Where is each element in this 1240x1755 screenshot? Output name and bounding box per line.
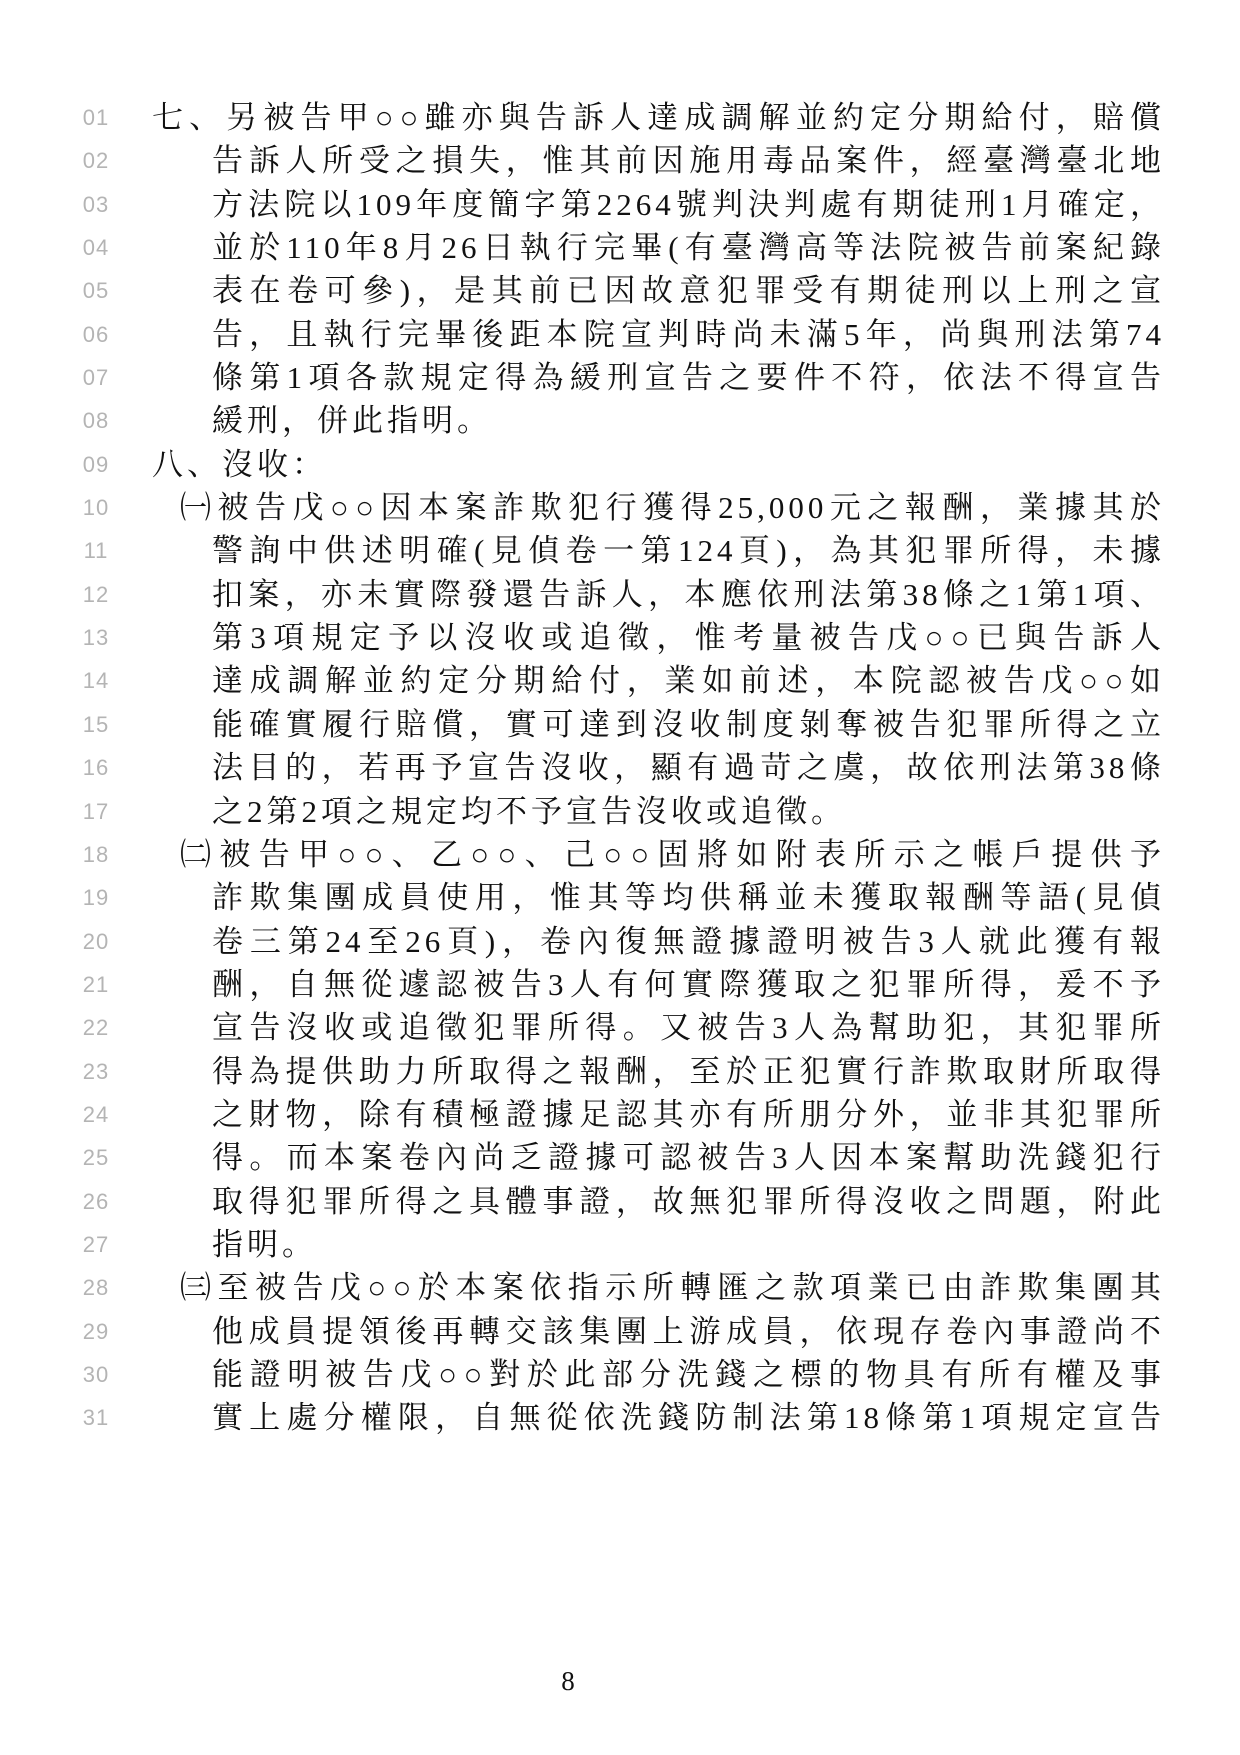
document-line: 21 酬，自無從遽認被告3人有何實際獲取之犯罪所得，爰不予 bbox=[0, 963, 1240, 1006]
line-text-block: 扣案，亦未實際發還告訴人，本應依刑法第38條之1第1項、 bbox=[212, 573, 1165, 616]
line-text-block: 並於110年8月26日執行完畢(有臺灣高等法院被告前案紀錄 bbox=[212, 226, 1165, 269]
line-number: 18 bbox=[76, 833, 116, 876]
line-number: 14 bbox=[76, 659, 116, 702]
document-line: 20 卷三第24至26頁)，卷內復無證據證明被告3人就此獲有報 bbox=[0, 920, 1240, 963]
line-number: 01 bbox=[76, 96, 116, 139]
line-number: 07 bbox=[76, 356, 116, 399]
line-number: 02 bbox=[76, 139, 116, 182]
line-number: 30 bbox=[76, 1353, 116, 1396]
line-text: 詐欺集團成員使用，惟其等均供稱並未獲取報酬等語(見偵 bbox=[212, 880, 1165, 915]
line-number: 06 bbox=[76, 313, 116, 356]
line-number: 09 bbox=[76, 443, 116, 486]
line-number: 29 bbox=[76, 1310, 116, 1353]
line-text: 至被告戊○○於本案依指示所轉匯之款項業已由詐欺集團其 bbox=[217, 1270, 1165, 1305]
document-line: 27 指明。 bbox=[0, 1223, 1240, 1266]
line-number: 05 bbox=[76, 269, 116, 312]
document-line: 30 能證明被告戊○○對於此部分洗錢之標的物具有所有權及事 bbox=[0, 1353, 1240, 1396]
line-number: 28 bbox=[76, 1266, 116, 1309]
line-text: 能確實履行賠償，實可達到沒收制度剝奪被告犯罪所得之立 bbox=[212, 707, 1165, 742]
line-text: 條第1項各款規定得為緩刑宣告之要件不符，依法不得宣告 bbox=[212, 360, 1165, 395]
line-number: 13 bbox=[76, 616, 116, 659]
line-number: 20 bbox=[76, 920, 116, 963]
line-number: 22 bbox=[76, 1006, 116, 1049]
line-number: 26 bbox=[76, 1180, 116, 1223]
line-number: 17 bbox=[76, 790, 116, 833]
document-line: 26 取得犯罪所得之具體事證，故無犯罪所得沒收之問題，附此 bbox=[0, 1180, 1240, 1223]
document-line: 18 ㈡被告甲○○、乙○○、己○○固將如附表所示之帳戶提供予 bbox=[0, 833, 1240, 876]
line-text-block: 表在卷可參)，是其前已因故意犯罪受有期徒刑以上刑之宣 bbox=[212, 269, 1165, 312]
line-text: 方法院以109年度簡字第2264號判決判處有期徒刑1月確定， bbox=[212, 187, 1165, 222]
line-number: 21 bbox=[76, 963, 116, 1006]
line-text-block: ㈢至被告戊○○於本案依指示所轉匯之款項業已由詐欺集團其 bbox=[180, 1266, 1165, 1309]
line-text-block: 取得犯罪所得之具體事證，故無犯罪所得沒收之問題，附此 bbox=[212, 1180, 1165, 1223]
document-line: 14 達成調解並約定分期給付，業如前述，本院認被告戊○○如 bbox=[0, 659, 1240, 702]
line-text-block: 條第1項各款規定得為緩刑宣告之要件不符，依法不得宣告 bbox=[212, 356, 1165, 399]
line-text-block: 得。而本案卷內尚乏證據可認被告3人因本案幫助洗錢犯行 bbox=[212, 1136, 1165, 1179]
line-text: 取得犯罪所得之具體事證，故無犯罪所得沒收之問題，附此 bbox=[212, 1184, 1165, 1219]
line-text: 被告甲○○、乙○○、己○○固將如附表所示之帳戶提供予 bbox=[219, 837, 1165, 872]
line-text: 他成員提領後再轉交該集團上游成員，依現存卷內事證尚不 bbox=[212, 1314, 1165, 1349]
document-line: 25 得。而本案卷內尚乏證據可認被告3人因本案幫助洗錢犯行 bbox=[0, 1136, 1240, 1179]
document-line: 10 ㈠被告戊○○因本案詐欺犯行獲得25,000元之報酬，業據其於 bbox=[0, 486, 1240, 529]
line-text-block: 警詢中供述明確(見偵卷一第124頁)，為其犯罪所得，未據 bbox=[212, 529, 1165, 572]
page-number: 8 bbox=[0, 1666, 1136, 1697]
line-text-block: 方法院以109年度簡字第2264號判決判處有期徒刑1月確定， bbox=[212, 183, 1165, 226]
line-text-block: 卷三第24至26頁)，卷內復無證據證明被告3人就此獲有報 bbox=[212, 920, 1165, 963]
line-text-block: 告，且執行完畢後距本院宣判時尚未滿5年，尚與刑法第74 bbox=[212, 313, 1165, 356]
line-text-block: 八、沒收： bbox=[152, 443, 1165, 486]
line-text-block: ㈠被告戊○○因本案詐欺犯行獲得25,000元之報酬，業據其於 bbox=[180, 486, 1165, 529]
document-line: 22 宣告沒收或追徵犯罪所得。又被告3人為幫助犯，其犯罪所 bbox=[0, 1006, 1240, 1049]
document-line: 29 他成員提領後再轉交該集團上游成員，依現存卷內事證尚不 bbox=[0, 1310, 1240, 1353]
line-text-block: 宣告沒收或追徵犯罪所得。又被告3人為幫助犯，其犯罪所 bbox=[212, 1006, 1165, 1049]
line-text-block: 得為提供助力所取得之報酬，至於正犯實行詐欺取財所取得 bbox=[212, 1050, 1165, 1093]
line-text: 實上處分權限，自無從依洗錢防制法第18條第1項規定宣告 bbox=[212, 1400, 1165, 1435]
line-number: 12 bbox=[76, 573, 116, 616]
line-text: 法目的，若再予宣告沒收，顯有過苛之虞，故依刑法第38條 bbox=[212, 750, 1165, 785]
line-text: 被告戊○○因本案詐欺犯行獲得25,000元之報酬，業據其於 bbox=[218, 490, 1165, 525]
line-text-block: 能確實履行賠償，實可達到沒收制度剝奪被告犯罪所得之立 bbox=[212, 703, 1165, 746]
document-line: 16 法目的，若再予宣告沒收，顯有過苛之虞，故依刑法第38條 bbox=[0, 746, 1240, 789]
document-line: 05 表在卷可參)，是其前已因故意犯罪受有期徒刑以上刑之宣 bbox=[0, 269, 1240, 312]
document-line: 12 扣案，亦未實際發還告訴人，本應依刑法第38條之1第1項、 bbox=[0, 573, 1240, 616]
document-line: 31 實上處分權限，自無從依洗錢防制法第18條第1項規定宣告 bbox=[0, 1396, 1240, 1439]
line-text-block: 之財物，除有積極證據足認其亦有所朋分外，並非其犯罪所 bbox=[212, 1093, 1165, 1136]
line-text: 卷三第24至26頁)，卷內復無證據證明被告3人就此獲有報 bbox=[212, 924, 1165, 959]
line-text-block: 達成調解並約定分期給付，業如前述，本院認被告戊○○如 bbox=[212, 659, 1165, 702]
line-text-block: ㈡被告甲○○、乙○○、己○○固將如附表所示之帳戶提供予 bbox=[180, 833, 1165, 876]
line-text-block: 詐欺集團成員使用，惟其等均供稱並未獲取報酬等語(見偵 bbox=[212, 876, 1165, 919]
line-text: 第3項規定予以沒收或追徵，惟考量被告戊○○已與告訴人 bbox=[212, 620, 1165, 655]
line-text: 告訴人所受之損失，惟其前因施用毒品案件，經臺灣臺北地 bbox=[212, 143, 1165, 178]
line-number: 24 bbox=[76, 1093, 116, 1136]
line-text: 扣案，亦未實際發還告訴人，本應依刑法第38條之1第1項、 bbox=[212, 577, 1165, 612]
line-text-block: 七、另被告甲○○雖亦與告訴人達成調解並約定分期給付，賠償 bbox=[152, 96, 1165, 139]
line-text-block: 第3項規定予以沒收或追徵，惟考量被告戊○○已與告訴人 bbox=[212, 616, 1165, 659]
line-text: 達成調解並約定分期給付，業如前述，本院認被告戊○○如 bbox=[212, 663, 1165, 698]
document-line: 01 七、另被告甲○○雖亦與告訴人達成調解並約定分期給付，賠償 bbox=[0, 96, 1240, 139]
document-line: 17 之2第2項之規定均不予宣告沒收或追徵。 bbox=[0, 790, 1240, 833]
document-line: 24 之財物，除有積極證據足認其亦有所朋分外，並非其犯罪所 bbox=[0, 1093, 1240, 1136]
document-line: 03 方法院以109年度簡字第2264號判決判處有期徒刑1月確定， bbox=[0, 183, 1240, 226]
document-line: 09 八、沒收： bbox=[0, 443, 1240, 486]
list-marker: ㈡ bbox=[180, 837, 219, 872]
line-number: 23 bbox=[76, 1050, 116, 1093]
line-text-block: 法目的，若再予宣告沒收，顯有過苛之虞，故依刑法第38條 bbox=[212, 746, 1165, 789]
line-text: 得為提供助力所取得之報酬，至於正犯實行詐欺取財所取得 bbox=[212, 1054, 1165, 1089]
line-number: 27 bbox=[76, 1223, 116, 1266]
line-number: 04 bbox=[76, 226, 116, 269]
line-text: 並於110年8月26日執行完畢(有臺灣高等法院被告前案紀錄 bbox=[212, 230, 1165, 265]
line-text-block: 之2第2項之規定均不予宣告沒收或追徵。 bbox=[212, 790, 1165, 833]
line-number: 16 bbox=[76, 746, 116, 789]
list-marker: 八、 bbox=[152, 447, 222, 482]
line-text: 告，且執行完畢後距本院宣判時尚未滿5年，尚與刑法第74 bbox=[212, 317, 1165, 352]
list-marker: ㈢ bbox=[180, 1270, 217, 1305]
line-text-block: 實上處分權限，自無從依洗錢防制法第18條第1項規定宣告 bbox=[212, 1396, 1165, 1439]
line-text: 得。而本案卷內尚乏證據可認被告3人因本案幫助洗錢犯行 bbox=[212, 1140, 1165, 1175]
document-line: 15 能確實履行賠償，實可達到沒收制度剝奪被告犯罪所得之立 bbox=[0, 703, 1240, 746]
line-text: 宣告沒收或追徵犯罪所得。又被告3人為幫助犯，其犯罪所 bbox=[212, 1010, 1165, 1045]
judgment-page: { "colors": { "background": "#ffffff", "… bbox=[0, 0, 1240, 1755]
line-number: 31 bbox=[76, 1396, 116, 1439]
line-text: 酬，自無從遽認被告3人有何實際獲取之犯罪所得，爰不予 bbox=[212, 967, 1165, 1002]
document-body: 01 七、另被告甲○○雖亦與告訴人達成調解並約定分期給付，賠償 02 告訴人所受… bbox=[0, 96, 1240, 1440]
line-text: 能證明被告戊○○對於此部分洗錢之標的物具有所有權及事 bbox=[212, 1357, 1165, 1392]
line-text: 另被告甲○○雖亦與告訴人達成調解並約定分期給付，賠償 bbox=[226, 100, 1165, 135]
document-line: 08 緩刑，併此指明。 bbox=[0, 399, 1240, 442]
line-text-block: 他成員提領後再轉交該集團上游成員，依現存卷內事證尚不 bbox=[212, 1310, 1165, 1353]
line-text-block: 告訴人所受之損失，惟其前因施用毒品案件，經臺灣臺北地 bbox=[212, 139, 1165, 182]
list-marker: 七、 bbox=[152, 100, 226, 135]
line-text: 沒收： bbox=[222, 447, 327, 482]
line-text-block: 能證明被告戊○○對於此部分洗錢之標的物具有所有權及事 bbox=[212, 1353, 1165, 1396]
line-number: 15 bbox=[76, 703, 116, 746]
document-line: 07 條第1項各款規定得為緩刑宣告之要件不符，依法不得宣告 bbox=[0, 356, 1240, 399]
line-number: 11 bbox=[76, 529, 116, 572]
list-marker: ㈠ bbox=[180, 490, 218, 525]
line-text-block: 緩刑，併此指明。 bbox=[212, 399, 1165, 442]
line-text: 緩刑，併此指明。 bbox=[212, 403, 492, 438]
line-text: 表在卷可參)，是其前已因故意犯罪受有期徒刑以上刑之宣 bbox=[212, 273, 1165, 308]
line-number: 10 bbox=[76, 486, 116, 529]
document-line: 19 詐欺集團成員使用，惟其等均供稱並未獲取報酬等語(見偵 bbox=[0, 876, 1240, 919]
document-line: 13 第3項規定予以沒收或追徵，惟考量被告戊○○已與告訴人 bbox=[0, 616, 1240, 659]
document-line: 06 告，且執行完畢後距本院宣判時尚未滿5年，尚與刑法第74 bbox=[0, 313, 1240, 356]
document-line: 23 得為提供助力所取得之報酬，至於正犯實行詐欺取財所取得 bbox=[0, 1050, 1240, 1093]
document-line: 04 並於110年8月26日執行完畢(有臺灣高等法院被告前案紀錄 bbox=[0, 226, 1240, 269]
document-line: 02 告訴人所受之損失，惟其前因施用毒品案件，經臺灣臺北地 bbox=[0, 139, 1240, 182]
line-text: 指明。 bbox=[212, 1227, 317, 1262]
line-number: 19 bbox=[76, 876, 116, 919]
line-text: 之財物，除有積極證據足認其亦有所朋分外，並非其犯罪所 bbox=[212, 1097, 1165, 1132]
line-number: 25 bbox=[76, 1136, 116, 1179]
document-line: 28 ㈢至被告戊○○於本案依指示所轉匯之款項業已由詐欺集團其 bbox=[0, 1266, 1240, 1309]
line-number: 08 bbox=[76, 399, 116, 442]
line-text: 警詢中供述明確(見偵卷一第124頁)，為其犯罪所得，未據 bbox=[212, 533, 1165, 568]
line-text: 之2第2項之規定均不予宣告沒收或追徵。 bbox=[212, 794, 846, 829]
line-text-block: 酬，自無從遽認被告3人有何實際獲取之犯罪所得，爰不予 bbox=[212, 963, 1165, 1006]
line-text-block: 指明。 bbox=[212, 1223, 1165, 1266]
line-number: 03 bbox=[76, 183, 116, 226]
document-line: 11 警詢中供述明確(見偵卷一第124頁)，為其犯罪所得，未據 bbox=[0, 529, 1240, 572]
